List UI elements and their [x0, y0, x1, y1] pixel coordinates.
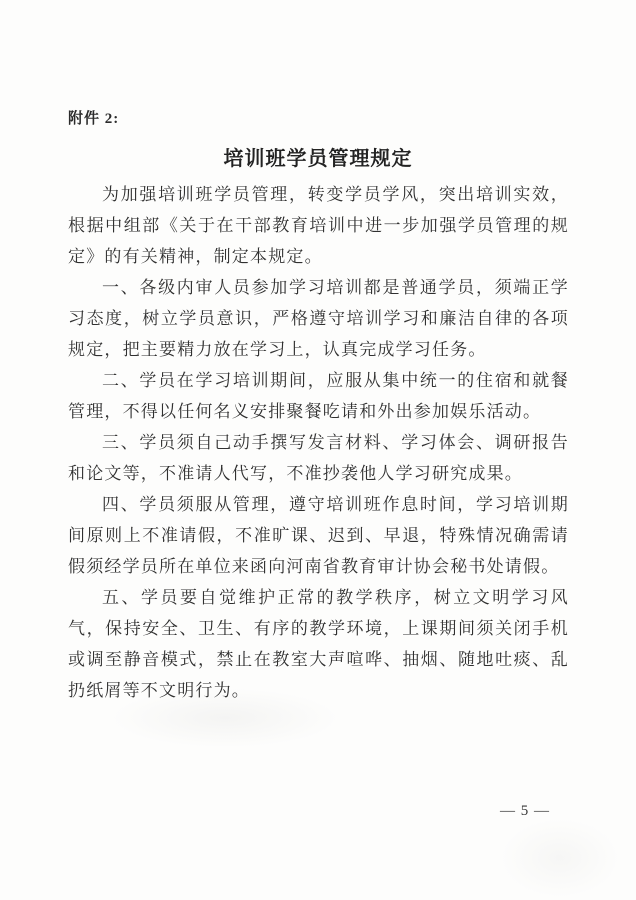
- paragraph-intro: 为加强培训班学员管理，转变学员学风，突出培训实效，根据中组部《关于在干部教育培训…: [68, 179, 569, 272]
- paragraph-rule-4: 四、学员须服从管理，遵守培训班作息时间，学习培训期间原则上不准请假，不准旷课、迟…: [68, 489, 569, 582]
- scan-smudge: [500, 818, 620, 898]
- paragraph-rule-3: 三、学员须自己动手撰写发言材料、学习体会、调研报告和论文等，不准请人代写，不准抄…: [68, 427, 569, 489]
- scanned-document-page: 附件 2: 培训班学员管理规定 为加强培训班学员管理，转变学员学风，突出培训实效…: [0, 0, 636, 900]
- document-title: 培训班学员管理规定: [0, 142, 636, 171]
- paragraph-rule-1: 一、各级内审人员参加学习培训都是普通学员，须端正学习态度，树立学员意识，严格遵守…: [68, 272, 569, 365]
- document-body: 为加强培训班学员管理，转变学员学风，突出培训实效，根据中组部《关于在干部教育培训…: [68, 179, 569, 706]
- paragraph-rule-5: 五、学员要自觉维护正常的教学秩序，树立文明学习风气，保持安全、卫生、有序的教学环…: [68, 582, 569, 706]
- paragraph-rule-2: 二、学员在学习培训期间，应服从集中统一的住宿和就餐管理，不得以任何名义安排聚餐吃…: [68, 365, 569, 427]
- page-number: — 5 —: [500, 803, 550, 820]
- attachment-label: 附件 2:: [68, 107, 119, 128]
